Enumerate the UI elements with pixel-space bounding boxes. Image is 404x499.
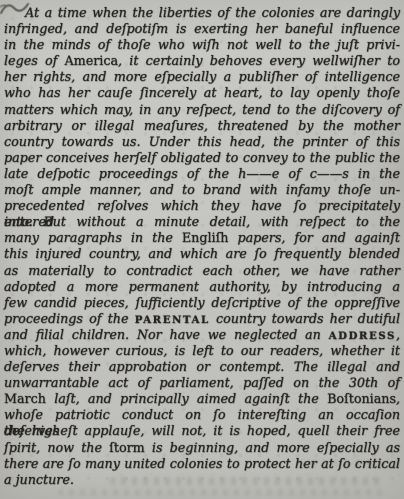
body-text: papers, for and againſt xyxy=(228,230,400,245)
text-line: few candid pieces, ſufficiently deſcript… xyxy=(4,295,400,311)
text-line: her rights, and more eſpecially a publiſ… xyxy=(4,69,400,85)
text-line: paper conceives herſelf obligated to con… xyxy=(4,150,400,166)
body-text: arbitrary or illegal meaſures, threatene… xyxy=(4,118,400,133)
text-line: matters which may, in any reſpect, tend … xyxy=(4,102,400,118)
text-line: whoſe patriotic conduct on ſo intereſtin… xyxy=(4,407,400,423)
body-text: few candid pieces, ſufficiently deſcript… xyxy=(4,295,400,310)
body-text: deſerves their approbation or contempt. … xyxy=(4,359,400,374)
body-text: country towards us. Under this head, the… xyxy=(4,134,400,149)
body-text: laſt, and principally aimed againſt the xyxy=(46,391,327,406)
text-line: into. But without a minute detail, with … xyxy=(4,214,400,230)
body-text: many paragraphs in the xyxy=(4,230,182,245)
body-text: this injured country, and which are ſo f… xyxy=(4,246,400,261)
body-text: the higheſt applauſe, will not, it is ho… xyxy=(4,423,400,438)
text-line: proceedings of the PARENTAL country towa… xyxy=(4,311,400,327)
roman-word: March xyxy=(4,391,46,406)
smallcaps-word: PARENTAL xyxy=(135,314,210,326)
body-text: moſt ample manner, and to brand with inf… xyxy=(4,182,400,197)
body-text: , xyxy=(396,391,400,406)
body-text: country towards her dutiful xyxy=(210,311,400,326)
body-text: late deſpotic proceedings of the h——e of… xyxy=(4,166,400,181)
roman-word: ſtorm xyxy=(109,440,145,455)
text-line: ſpirit, now the ſtorm is beginning, and … xyxy=(4,440,400,456)
scanned-newspaper-page: At a time when the liberties of the colo… xyxy=(0,0,404,499)
body-text: leges of xyxy=(4,53,65,68)
body-text: matters which may, in any reſpect, tend … xyxy=(4,102,400,117)
body-text: who has her cauſe ſincerely at heart, to… xyxy=(4,85,400,100)
text-line: arbitrary or illegal meaſures, threatene… xyxy=(4,118,400,134)
body-text: into. But without a minute detail, with … xyxy=(4,214,400,229)
text-line: unwarrantable act of parliament, paſſed … xyxy=(4,375,400,391)
body-text: adopted a more permanent authority, by i… xyxy=(4,279,400,294)
body-text: in the minds of thoſe who wiſh not well … xyxy=(4,37,400,52)
body-text: is beginning, and more eſpecially as xyxy=(145,440,400,455)
body-text: as materially to contradict each other, … xyxy=(4,263,400,278)
body-text: proceedings of the xyxy=(4,311,135,326)
body-text: there are ſo many united colonies to pro… xyxy=(4,456,400,471)
text-line: deſerves their approbation or contempt. … xyxy=(4,359,400,375)
body-text: At a time when the liberties of the colo… xyxy=(25,5,400,20)
text-line: infringed, and deſpotiſm is exerting her… xyxy=(4,21,400,37)
text-line: as materially to contradict each other, … xyxy=(4,263,400,279)
body-text: , xyxy=(396,327,400,342)
body-text: , it certainly behoves every wellwiſher … xyxy=(118,53,400,68)
body-text: unwarrantable act of parliament, paſſed … xyxy=(4,375,400,390)
text-line: precedented reſolves which they have ſo … xyxy=(4,198,400,214)
text-line: late deſpotic proceedings of the h——e of… xyxy=(4,166,400,182)
text-line: and filial children. Nor have we neglect… xyxy=(4,327,400,343)
text-line: many paragraphs in the Engliſh papers, f… xyxy=(4,230,400,246)
text-line: in the minds of thoſe who wiſh not well … xyxy=(4,37,400,53)
paragraph: At a time when the liberties of the colo… xyxy=(4,5,400,488)
text-line: there are ſo many united colonies to pro… xyxy=(4,456,400,472)
bleedthrough-smudge xyxy=(58,489,384,496)
body-text: a juncture. xyxy=(4,472,74,487)
smallcaps-word: ADDRESS xyxy=(329,330,396,342)
text-line: moſt ample manner, and to brand with inf… xyxy=(4,182,400,198)
text-line: who has her cauſe ſincerely at heart, to… xyxy=(4,85,400,101)
roman-word: America xyxy=(65,53,119,68)
text-line: March laſt, and principally aimed againſ… xyxy=(4,391,400,407)
roman-word: Boſtonians xyxy=(327,391,396,406)
text-line: At a time when the liberties of the colo… xyxy=(4,5,400,21)
body-text: her rights, and more eſpecially a publiſ… xyxy=(4,69,400,84)
body-text: ſpirit, now the xyxy=(4,440,109,455)
text-line: the higheſt applauſe, will not, it is ho… xyxy=(4,423,400,439)
roman-word: Engliſh xyxy=(182,230,229,245)
text-line: leges of America, it certainly behoves e… xyxy=(4,53,400,69)
body-text: and filial children. Nor have we neglect… xyxy=(4,327,329,342)
body-text: paper conceives herſelf obligated to con… xyxy=(4,150,400,165)
body-text: which, however curious, is left to our r… xyxy=(4,343,400,358)
text-line: adopted a more permanent authority, by i… xyxy=(4,279,400,295)
text-line: which, however curious, is left to our r… xyxy=(4,343,400,359)
text-line: country towards us. Under this head, the… xyxy=(4,134,400,150)
text-line: a juncture. xyxy=(4,472,400,488)
text-line: this injured country, and which are ſo f… xyxy=(4,246,400,262)
body-text: infringed, and deſpotiſm is exerting her… xyxy=(4,21,400,36)
